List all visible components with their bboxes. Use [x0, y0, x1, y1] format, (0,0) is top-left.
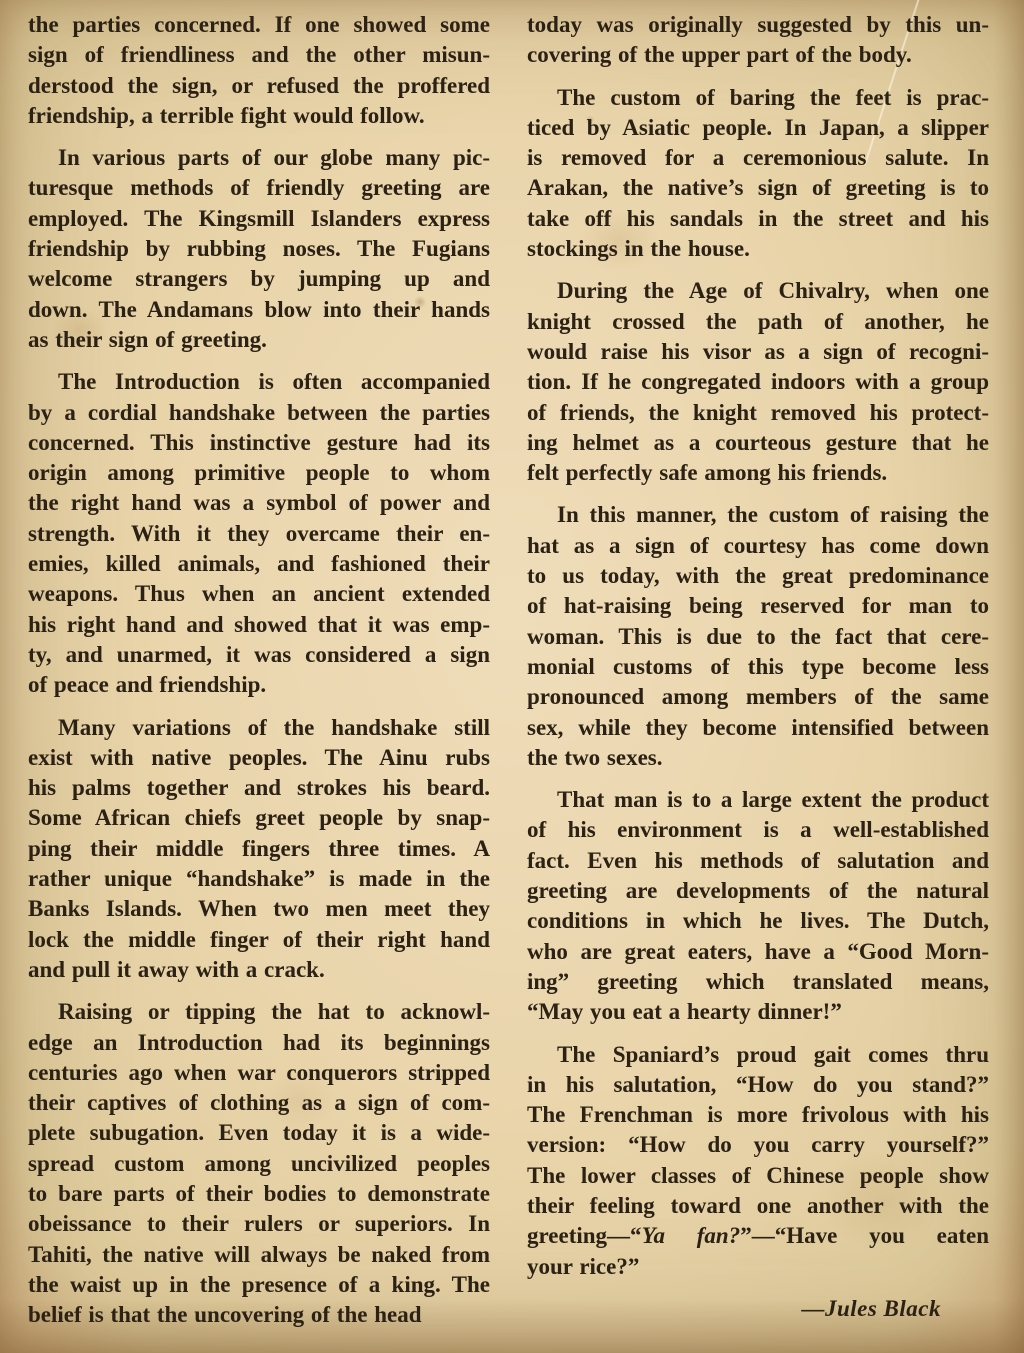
text-line: sex, while they become intensified betwe… — [527, 713, 989, 743]
text-segment: During the Age of Chivalry, when one — [557, 278, 989, 303]
text-segment: your rice?” — [527, 1254, 639, 1279]
text-segment: ty, and unarmed, it was considered a sig… — [28, 642, 490, 667]
text-segment: woman. This is due to the fact that cere… — [527, 624, 989, 649]
paragraph: the parties concerned. If one showed som… — [28, 10, 490, 131]
text-line: In this manner, the custom of raising th… — [527, 500, 989, 530]
text-segment: belief is that the uncovering of the hea… — [28, 1302, 422, 1327]
text-line: his right hand and showed that it was em… — [28, 610, 490, 640]
text-segment: The lower classes of Chinese people show — [527, 1163, 989, 1188]
text-line: In various parts of our globe many pic- — [28, 143, 490, 173]
text-segment: sign of friendliness and the other misun… — [28, 42, 490, 67]
text-line: Tahiti, the native will always be naked … — [28, 1240, 490, 1270]
text-line: ing” greeting which translated means, — [527, 967, 989, 997]
paragraph: In various parts of our globe many pic-t… — [28, 143, 490, 355]
text-segment: greeting are developments of the natural — [527, 878, 989, 903]
text-segment: Many variations of the handshake still — [58, 715, 490, 740]
paragraph: That man is to a large extent the produc… — [527, 785, 989, 1027]
text-segment: today was originally suggested by this u… — [527, 12, 989, 37]
text-line: in his salutation, “How do you stand?” — [527, 1070, 989, 1100]
paragraph: The custom of baring the feet is prac-ti… — [527, 83, 989, 265]
text-segment: rather unique “handshake” is made in the — [28, 866, 490, 891]
text-line: The custom of baring the feet is prac- — [527, 83, 989, 113]
text-segment: version: “How do you carry yourself?” — [527, 1132, 989, 1157]
text-segment: lock the middle finger of their right ha… — [28, 927, 490, 952]
text-line: Banks Islands. When two men meet they — [28, 894, 490, 924]
text-segment: stockings in the house. — [527, 236, 750, 261]
text-segment: obeissance to their rulers or superiors.… — [28, 1211, 490, 1236]
text-line: greeting are developments of the natural — [527, 876, 989, 906]
text-line: version: “How do you carry yourself?” — [527, 1130, 989, 1160]
text-line: their feeling toward one another with th… — [527, 1191, 989, 1221]
text-line: Many variations of the handshake still — [28, 713, 490, 743]
text-segment: by a cordial handshake between the parti… — [28, 400, 490, 425]
text-segment: the two sexes. — [527, 745, 663, 770]
text-line: ticed by Asiatic people. In Japan, a sli… — [527, 113, 989, 143]
text-line: The Introduction is often accompanied — [28, 367, 490, 397]
text-line: The lower classes of Chinese people show — [527, 1161, 989, 1191]
italic-text: Ya fan? — [642, 1223, 741, 1248]
text-line: That man is to a large extent the produc… — [527, 785, 989, 815]
text-segment: hat as a sign of courtesy has come down — [527, 533, 989, 558]
text-segment: is removed for a ceremonious salute. In — [527, 145, 989, 170]
text-line: covering of the upper part of the body. — [527, 40, 989, 70]
text-line: hat as a sign of courtesy has come down — [527, 531, 989, 561]
text-segment: Arakan, the native’s sign of greeting is… — [527, 175, 989, 200]
text-line: his palms together and strokes his beard… — [28, 773, 490, 803]
text-segment: of peace and friendship. — [28, 672, 266, 697]
text-line: friendship, a terrible fight would follo… — [28, 101, 490, 131]
text-segment: the waist up in the presence of a king. … — [28, 1272, 490, 1297]
paragraph: Many variations of the handshake stillex… — [28, 713, 490, 986]
text-line: lock the middle finger of their right ha… — [28, 925, 490, 955]
text-segment: his palms together and strokes his beard… — [28, 775, 490, 800]
text-segment: emies, killed animals, and fashioned the… — [28, 551, 490, 576]
text-segment: of hat-raising being reserved for man to — [527, 593, 989, 618]
text-segment: friendship by rubbing noses. The Fugians — [28, 236, 490, 261]
text-line: fact. Even his methods of salutation and — [527, 846, 989, 876]
text-segment: the right hand was a symbol of power and — [28, 490, 490, 515]
text-line: down. The Andamans blow into their hands — [28, 295, 490, 325]
text-segment: of his environment is a well-established — [527, 817, 989, 842]
text-line: as their sign of greeting. — [28, 325, 490, 355]
text-segment: of friends, the knight removed his prote… — [527, 400, 989, 425]
text-line: The Spaniard’s proud gait comes thru — [527, 1040, 989, 1070]
text-line: the waist up in the presence of a king. … — [28, 1270, 490, 1300]
text-segment: pronounced among members of the same — [527, 684, 989, 709]
text-column-right: today was originally suggested by this u… — [527, 10, 989, 1326]
text-line: concerned. This instinctive gesture had … — [28, 428, 490, 458]
text-line: plete subugation. Even today it is a wid… — [28, 1118, 490, 1148]
text-line: the parties concerned. If one showed som… — [28, 10, 490, 40]
text-segment: to us today, with the great predominance — [527, 563, 989, 588]
text-line: strength. With it they overcame their en… — [28, 519, 490, 549]
text-line: rather unique “handshake” is made in the — [28, 864, 490, 894]
text-segment: turesque methods of friendly greeting ar… — [28, 175, 490, 200]
text-line: exist with native peoples. The Ainu rubs — [28, 743, 490, 773]
text-segment: welcome strangers by jumping up and — [28, 266, 490, 291]
text-segment: strength. With it they overcame their en… — [28, 521, 490, 546]
text-line: origin among primitive people to whom — [28, 458, 490, 488]
text-segment: ping their middle fingers three times. A — [28, 836, 490, 861]
text-line: would raise his visor as a sign of recog… — [527, 337, 989, 367]
text-segment: their feeling toward one another with th… — [527, 1193, 989, 1218]
text-line: weapons. Thus when an ancient extended — [28, 579, 490, 609]
text-line: greeting—“Ya fan?”—“Have you eaten — [527, 1221, 989, 1251]
text-segment: origin among primitive people to whom — [28, 460, 490, 485]
text-line: belief is that the uncovering of the hea… — [28, 1300, 490, 1330]
text-line: ing helmet as a courteous gesture that h… — [527, 428, 989, 458]
text-segment: who are great eaters, have a “Good Morn- — [527, 939, 989, 964]
text-line: welcome strangers by jumping up and — [28, 264, 490, 294]
text-segment: ”—“Have you eaten — [740, 1223, 989, 1248]
text-segment: Banks Islands. When two men meet they — [28, 896, 490, 921]
text-segment: to bare parts of their bodies to demonst… — [28, 1181, 490, 1206]
text-segment: spread custom among uncivilized peoples — [28, 1151, 490, 1176]
text-segment: The custom of baring the feet is prac- — [557, 85, 989, 110]
paragraph: Raising or tipping the hat to acknowl-ed… — [28, 997, 490, 1330]
text-line: The Frenchman is more frivolous with his — [527, 1100, 989, 1130]
text-segment: “May you eat a hearty dinner!” — [527, 999, 842, 1024]
text-line: the two sexes. — [527, 743, 989, 773]
text-segment: conditions in which he lives. The Dutch, — [527, 908, 989, 933]
text-segment: and pull it away with a crack. — [28, 957, 325, 982]
text-line: the right hand was a symbol of power and — [28, 488, 490, 518]
text-line: employed. The Kingsmill Islanders expres… — [28, 204, 490, 234]
text-line: and pull it away with a crack. — [28, 955, 490, 985]
text-line: woman. This is due to the fact that cere… — [527, 622, 989, 652]
text-line: sign of friendliness and the other misun… — [28, 40, 490, 70]
text-line: During the Age of Chivalry, when one — [527, 276, 989, 306]
paragraph: The Introduction is often accompaniedby … — [28, 367, 490, 700]
text-line: felt perfectly safe among his friends. — [527, 458, 989, 488]
text-segment: greeting—“ — [527, 1223, 642, 1248]
text-line: obeissance to their rulers or superiors.… — [28, 1209, 490, 1239]
text-segment: That man is to a large extent the produc… — [557, 787, 989, 812]
text-segment: concerned. This instinctive gesture had … — [28, 430, 490, 455]
text-line: derstood the sign, or refused the proffe… — [28, 71, 490, 101]
paragraph: During the Age of Chivalry, when oneknig… — [527, 276, 989, 488]
text-line: Some African chiefs greet people by snap… — [28, 803, 490, 833]
text-segment: in his salutation, “How do you stand?” — [527, 1072, 989, 1097]
text-segment: tion. If he congregated indoors with a g… — [527, 369, 989, 394]
text-line: edge an Introduction had its beginnings — [28, 1028, 490, 1058]
text-segment: would raise his visor as a sign of recog… — [527, 339, 989, 364]
text-line: to us today, with the great predominance — [527, 561, 989, 591]
text-segment: plete subugation. Even today it is a wid… — [28, 1120, 490, 1145]
text-segment: covering of the upper part of the body. — [527, 42, 912, 67]
text-line: monial customs of this type become less — [527, 652, 989, 682]
text-line: their captives of clothing as a sign of … — [28, 1088, 490, 1118]
text-line: conditions in which he lives. The Dutch, — [527, 906, 989, 936]
text-line: tion. If he congregated indoors with a g… — [527, 367, 989, 397]
text-segment: centuries ago when war conquerors stripp… — [28, 1060, 490, 1085]
text-segment: weapons. Thus when an ancient extended — [28, 581, 490, 606]
text-line: pronounced among members of the same — [527, 682, 989, 712]
text-line: turesque methods of friendly greeting ar… — [28, 173, 490, 203]
text-segment: felt perfectly safe among his friends. — [527, 460, 887, 485]
text-segment: knight crossed the path of another, he — [527, 309, 989, 334]
text-segment: ing helmet as a courteous gesture that h… — [527, 430, 989, 455]
text-segment: ing” greeting which translated means, — [527, 969, 989, 994]
text-segment: down. The Andamans blow into their hands — [28, 297, 490, 322]
text-line: of hat-raising being reserved for man to — [527, 591, 989, 621]
text-line: Raising or tipping the hat to acknowl- — [28, 997, 490, 1027]
paragraph: In this manner, the custom of raising th… — [527, 500, 989, 773]
text-segment: fact. Even his methods of salutation and — [527, 848, 989, 873]
text-column-left: the parties concerned. If one showed som… — [28, 10, 490, 1342]
text-segment: edge an Introduction had its beginnings — [28, 1030, 490, 1055]
text-segment: derstood the sign, or refused the proffe… — [28, 73, 490, 98]
text-segment: take off his sandals in the street and h… — [527, 206, 989, 231]
text-segment: exist with native peoples. The Ainu rubs — [28, 745, 490, 770]
text-line: take off his sandals in the street and h… — [527, 204, 989, 234]
text-segment: sex, while they become intensified betwe… — [527, 715, 989, 740]
text-line: by a cordial handshake between the parti… — [28, 398, 490, 428]
text-line: friendship by rubbing noses. The Fugians — [28, 234, 490, 264]
text-segment: Raising or tipping the hat to acknowl- — [58, 999, 490, 1024]
text-line: who are great eaters, have a “Good Morn- — [527, 937, 989, 967]
text-segment: In this manner, the custom of raising th… — [557, 502, 989, 527]
text-segment: Some African chiefs greet people by snap… — [28, 805, 490, 830]
text-line: ping their middle fingers three times. A — [28, 834, 490, 864]
author-byline: —Jules Black — [527, 1294, 989, 1326]
text-segment: In various parts of our globe many pic- — [58, 145, 490, 170]
text-line: to bare parts of their bodies to demonst… — [28, 1179, 490, 1209]
text-line: of peace and friendship. — [28, 670, 490, 700]
text-line: emies, killed animals, and fashioned the… — [28, 549, 490, 579]
text-line: ty, and unarmed, it was considered a sig… — [28, 640, 490, 670]
text-line: stockings in the house. — [527, 234, 989, 264]
text-segment: his right hand and showed that it was em… — [28, 612, 490, 637]
text-segment: employed. The Kingsmill Islanders expres… — [28, 206, 490, 231]
text-line: of friends, the knight removed his prote… — [527, 398, 989, 428]
text-segment: The Introduction is often accompanied — [58, 369, 490, 394]
text-line: spread custom among uncivilized peoples — [28, 1149, 490, 1179]
scanned-text-page: { "colors": { "paper": "#e9d4aa", "ink":… — [0, 0, 1024, 1353]
text-line: “May you eat a hearty dinner!” — [527, 997, 989, 1027]
text-line: your rice?” — [527, 1252, 989, 1282]
text-segment: The Spaniard’s proud gait comes thru — [557, 1042, 989, 1067]
text-segment: as their sign of greeting. — [28, 327, 267, 352]
text-line: knight crossed the path of another, he — [527, 307, 989, 337]
text-segment: monial customs of this type become less — [527, 654, 989, 679]
text-line: today was originally suggested by this u… — [527, 10, 989, 40]
text-line: is removed for a ceremonious salute. In — [527, 143, 989, 173]
text-segment: their captives of clothing as a sign of … — [28, 1090, 490, 1115]
text-segment: the parties concerned. If one showed som… — [28, 12, 490, 37]
text-line: Arakan, the native’s sign of greeting is… — [527, 173, 989, 203]
paragraph: The Spaniard’s proud gait comes thruin h… — [527, 1040, 989, 1282]
text-line: centuries ago when war conquerors stripp… — [28, 1058, 490, 1088]
text-segment: friendship, a terrible fight would follo… — [28, 103, 425, 128]
text-segment: ticed by Asiatic people. In Japan, a sli… — [527, 115, 989, 140]
text-segment: The Frenchman is more frivolous with his — [527, 1102, 989, 1127]
text-line: of his environment is a well-established — [527, 815, 989, 845]
text-segment: Tahiti, the native will always be naked … — [28, 1242, 490, 1267]
paragraph: today was originally suggested by this u… — [527, 10, 989, 71]
